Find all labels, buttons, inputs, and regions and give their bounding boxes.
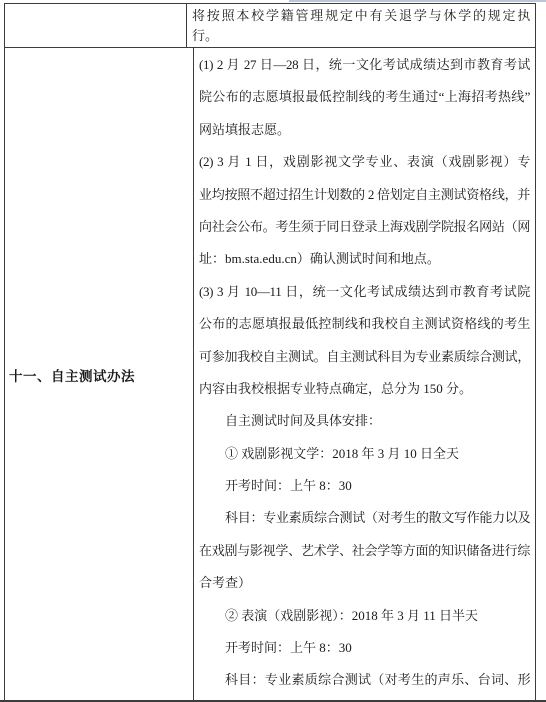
section-label-cell: 十一、自主测试办法 [5,48,194,702]
content-text-line: ① 戏剧影视文学：2018 年 3 月 10 日全天 [199,438,530,470]
content-text-line: 院公布的志愿填报最低控制线的考生通过“上海招考热线” [199,81,530,113]
top-edge-artifact [289,0,546,2]
prev-row-content-cell: 将按照本校学籍管理规定中有关退学与休学的规定执 行。 [187,4,535,47]
content-text-line: 科目：专业素质综合测试（对考生的声乐、台词、形体、 [199,664,530,696]
content-text-line: (2) 3 月 1 日，戏剧影视文学专业、表演（戏剧影视）专 [199,146,530,178]
prev-row-label-cell [5,4,187,47]
content-text-line: (1) 2 月 27 日—28 日，统一文化考试成绩达到市教育考试 [199,49,530,81]
section-content-cell: (1) 2 月 27 日—28 日，统一文化考试成绩达到市教育考试 院公布的志愿… [194,48,535,702]
prev-section-text-line: 行。 [192,26,530,46]
content-text-line: 业均按照不超过招生计划数的 2 倍划定自主测试资格线，并 [199,179,530,211]
content-text-line: 合考查） [199,567,530,599]
content-text-line: 向社会公布。考生须于同日登录上海戏剧学院报名网站（网 [199,211,530,243]
document-page: 将按照本校学籍管理规定中有关退学与休学的规定执 行。 十一、自主测试办法 (1)… [0,0,546,702]
content-text-line: 内容由我校根据专业特点确定，总分为 150 分。 [199,373,530,405]
table-row-section-eleven: 十一、自主测试办法 (1) 2 月 27 日—28 日，统一文化考试成绩达到市教… [5,48,535,702]
content-text-line: ② 表演（戏剧影视）：2018 年 3 月 11 日半天 [199,600,530,632]
content-text-line: 址：bm.sta.edu.cn）确认测试时间和地点。 [199,243,530,275]
content-text-line: 开考时间：上午 8：30 [199,632,530,664]
section-title: 十一、自主测试办法 [9,365,135,385]
prev-section-text-line: 将按照本校学籍管理规定中有关退学与休学的规定执 [192,6,530,26]
content-text-line: 自主测试时间及具体安排： [199,405,530,437]
content-text-line: 可参加我校自主测试。自主测试科目为专业素质综合测试， [199,341,530,373]
content-text-line: 开考时间：上午 8：30 [199,470,530,502]
content-text-line: 科目：专业素质综合测试（对考生的散文写作能力以及 [199,502,530,534]
content-text-line: 公布的志愿填报最低控制线和我校自主测试资格线的考生 [199,308,530,340]
table-row-previous-section: 将按照本校学籍管理规定中有关退学与休学的规定执 行。 [5,4,535,48]
content-text-line: 网站填报志愿。 [199,114,530,146]
content-text-line: 在戏剧与影视学、艺术学、社会学等方面的知识储备进行综 [199,535,530,567]
content-text-line: (3) 3 月 10—11 日，统一文化考试成绩达到市教育考试院 [199,276,530,308]
regulations-table: 将按照本校学籍管理规定中有关退学与休学的规定执 行。 十一、自主测试办法 (1)… [4,3,536,702]
